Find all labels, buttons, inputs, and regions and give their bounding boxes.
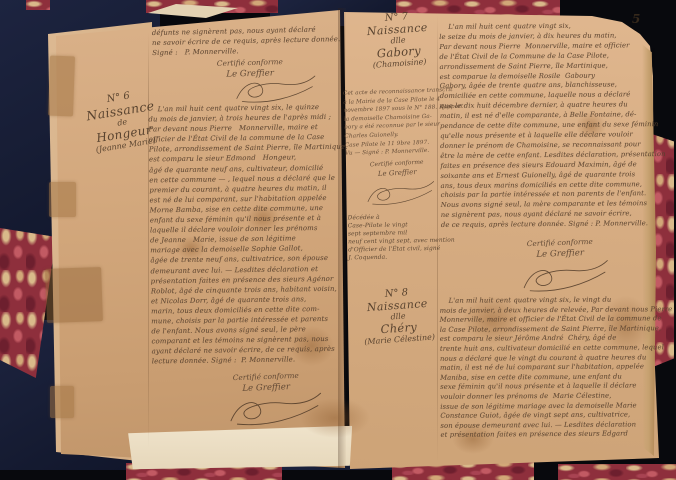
previous-act-closing-lines: défunts ne signèrent pas, nous ayant déc… [152, 24, 345, 58]
margin-note-act-7: N° 7 Naissance dlle Gabory (Chamoisine) [342, 8, 454, 71]
handwriting-line: Par devant nous Pierre Monnerville, mair… [439, 41, 657, 53]
margin-note-act-8: N° 8 Naissance dlle Chéry (Marie Célesti… [344, 284, 452, 347]
handwriting-line: de ce requis, après lecture donnée. Sign… [441, 219, 659, 231]
act-7-body: L'an mil huit cent quatre vingt six,le s… [439, 21, 659, 231]
marbled-paper-top-left [26, 0, 50, 10]
tape-mark [45, 267, 103, 323]
act-6-body: L'an mil huit cent quatre vingt six, le … [148, 102, 350, 367]
act-8-body: L'an mil huit cent quatre vingt six, le … [440, 295, 663, 440]
recognition-marginal-note: Cet acte de reconnaissance transcrità la… [343, 86, 449, 158]
archival-register-scan: 5 défunts ne signèrent pas, nous ayant d… [0, 0, 676, 480]
handwriting-line: et présentation faites en présence des s… [440, 430, 662, 441]
handwriting-line: matin, il est né de lui comparant sur l'… [440, 362, 662, 373]
marbled-paper-bottom-c [558, 464, 676, 480]
tape-mark [49, 182, 76, 217]
tape-mark [50, 386, 74, 418]
